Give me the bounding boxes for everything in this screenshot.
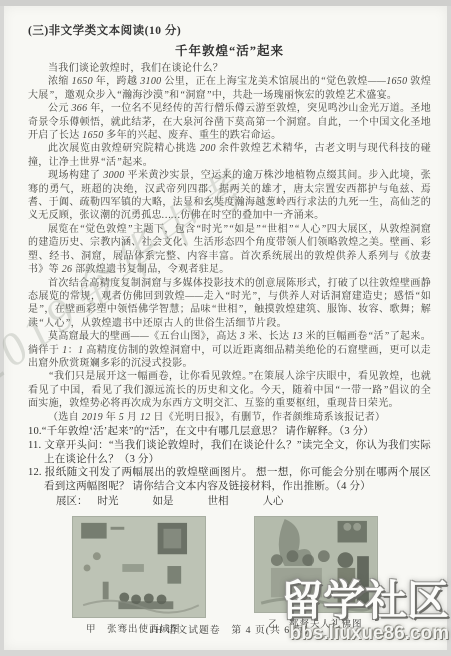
page-footer: JH 语文试题卷 第 4 页(共 6 页)	[4, 622, 451, 636]
zone-option-shiguang: 时光	[98, 495, 119, 509]
paragraph: 首次结合高精度复制洞窟与多媒体投影技术的创意展陈形式，打破了以往敦煌壁画静态展览…	[28, 277, 431, 331]
paragraph: 现场构建了 3000 平米黄沙实景，空运来的逾万株沙地植物点缀其间。步入此境，张…	[28, 169, 431, 223]
zone-label: 展区：	[56, 495, 88, 509]
question-10: 10.“千年敦煌‘活’起来”的“活”，在文中有哪几层意思？ 请作解释。（3 分）	[28, 425, 431, 439]
paragraph: 此次展览由敦煌研究院精心挑选 200 余件敦煌艺术精华，古老文明与现代科技的碰撞…	[28, 142, 431, 169]
paragraph: 当我们谈论敦煌时，我们在谈论什么？	[28, 62, 431, 75]
mural-image-zhangqian	[72, 516, 206, 618]
article-title: 千年敦煌“活”起来	[28, 41, 431, 59]
zone-options-row: 展区： 时光 如是 世相 人心	[28, 495, 431, 509]
paragraph: 莫高窟最大的壁画——《五台山图》，高达 3 米、长达 13 米的巨幅画卷“活”了…	[28, 330, 431, 370]
article-body: 当我们谈论敦煌时，我们在谈论什么？ 浓缩 1650 年，跨越 3100 公里，正…	[28, 62, 431, 424]
question-list: 10.“千年敦煌‘活’起来”的“活”，在文中有哪几层意思？ 请作解释。（3 分）…	[28, 425, 431, 494]
figure-row: 甲 张骞出使西域图	[28, 516, 431, 635]
article-source: （选自 2019 年 5 月 12 日《光明日报》，有删节，作者颜维琦系该报记者…	[28, 411, 431, 424]
zone-option-rushi: 如是	[153, 495, 174, 509]
scanned-exam-page: { "page": { "section_heading": "(三)非文学类文…	[0, 0, 451, 656]
section-heading: (三)非文学类文本阅读(10 分)	[28, 22, 431, 38]
question-11: 11. 文章开头问：“当我们谈论敦煌时，我们在谈论什么？”读完全文，你认为我们实…	[28, 439, 431, 467]
mural-image-dudu-furen	[254, 516, 378, 613]
figure-a: 甲 张骞出使西域图	[72, 516, 206, 635]
page-content: (三)非文学类文本阅读(10 分) 千年敦煌“活”起来 当我们谈论敦煌时，我们在…	[28, 22, 431, 635]
question-12: 12. 报纸随文刊发了两幅展出的敦煌壁画图片。 想一想，你可能会分别在哪两个展区…	[28, 466, 431, 494]
zone-option-renxin: 人心	[263, 495, 284, 509]
paragraph: 浓缩 1650 年，跨越 3100 公里，正在上海宝龙美术馆展出的“觉色敦煌——…	[28, 75, 431, 102]
paragraph: “我们只是展开这一幅画卷，让你看见敦煌。”在策展人涂宇庆眼中，看见敦煌，也就看见…	[28, 370, 431, 410]
paragraph: 展览在“觉色敦煌”主题下，包含“时光”“如是”“世相”“人心”四大展区，从敦煌洞…	[28, 223, 431, 277]
paragraph: 公元 366 年，一位名不见经传的苦行僧乐僔云游至敦煌，突见鸣沙山金光万道。圣地…	[28, 102, 431, 142]
figure-b: 乙 都督夫人礼佛图	[254, 516, 378, 630]
zone-option-shixiang: 世相	[208, 495, 229, 509]
paper-page: (三)非文学类文本阅读(10 分) 千年敦煌“活”起来 当我们谈论敦煌时，我们在…	[4, 6, 447, 650]
